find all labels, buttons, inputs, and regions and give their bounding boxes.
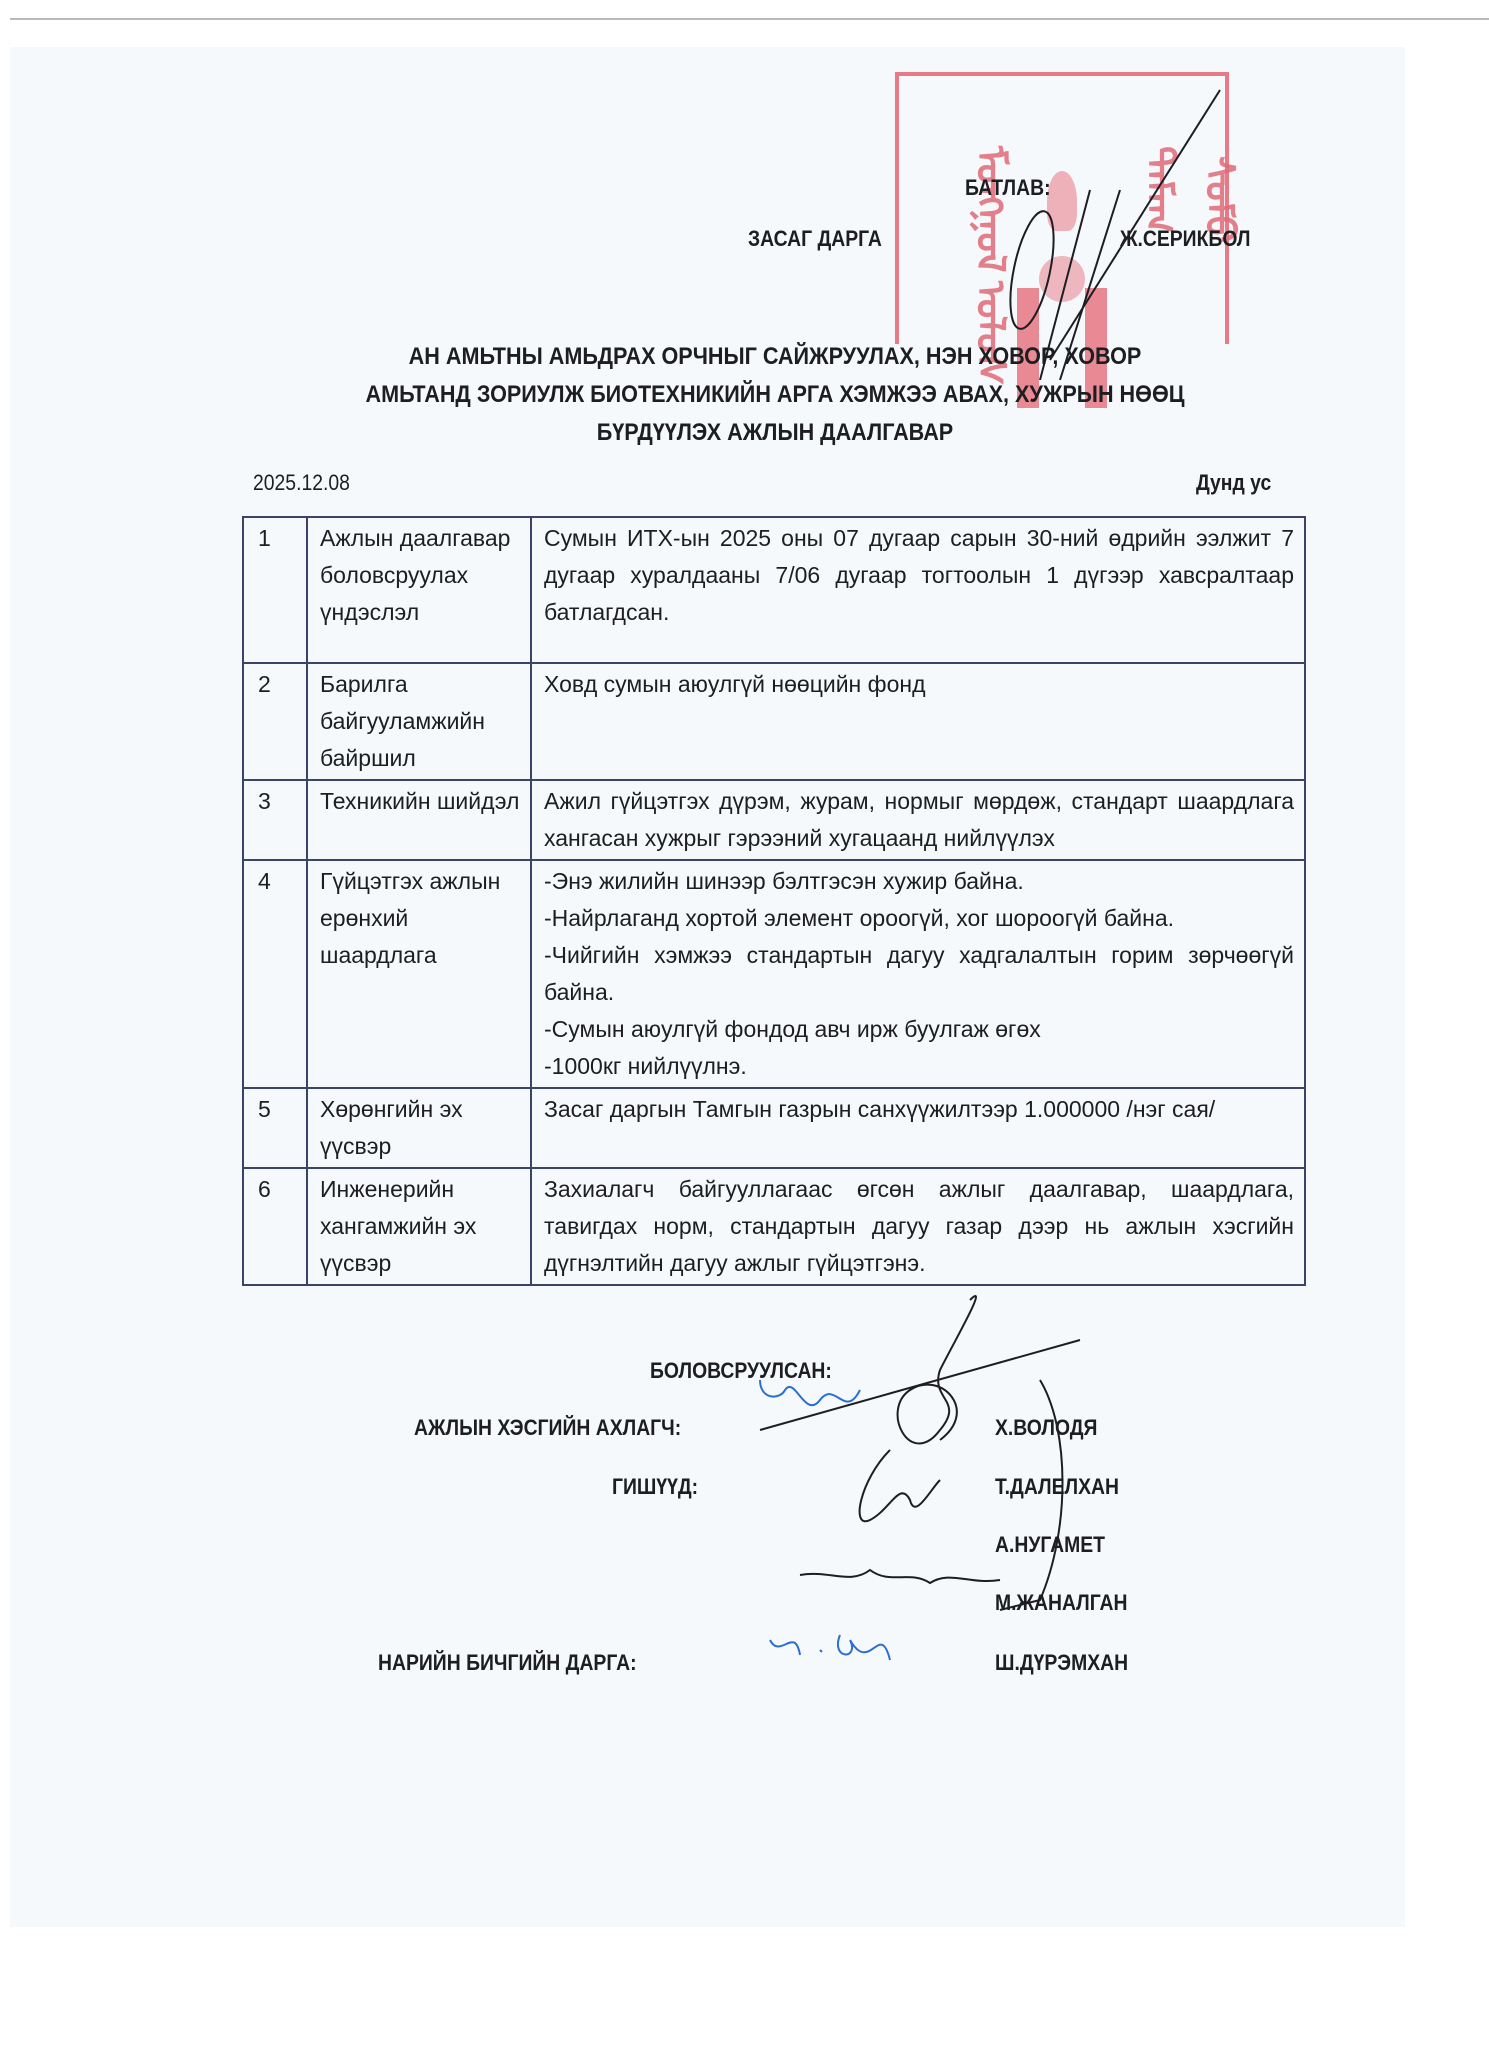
row-label: Ажлын даалгавар боловсруулах үндэслэл <box>307 517 531 663</box>
row-value: -Энэ жилийн шинээр бэлтгэсэн хужир байна… <box>531 860 1305 1088</box>
document-title-line3: БҮРДҮҮЛЭХ АЖЛЫН ДААЛГАВАР <box>285 414 1266 452</box>
row-number: 5 <box>243 1088 307 1168</box>
member-name: Т.ДАЛЕЛХАН <box>995 1474 1119 1500</box>
row-number: 2 <box>243 663 307 780</box>
leader-name: Х.ВОЛОДЯ <box>995 1415 1097 1441</box>
document-date: 2025.12.08 <box>253 470 350 496</box>
member-name: А.НУГАМЕТ <box>995 1532 1105 1558</box>
task-table: 1 Ажлын даалгавар боловсруулах үндэслэл … <box>242 516 1306 1286</box>
document-title-line2: АМЬТАНД ЗОРИУЛЖ БИОТЕХНИКИЙН АРГА ХЭМЖЭЭ… <box>285 376 1266 414</box>
leader-title: АЖЛЫН ХЭСГИЙН АХЛАГЧ: <box>414 1415 681 1441</box>
document-location: Дунд ус <box>1196 470 1271 496</box>
approved-label: БАТЛАВ: <box>965 175 1051 201</box>
soyombo-flame <box>1047 171 1077 231</box>
row-label: Гүйцэтгэх ажлын ерөнхий шаардлага <box>307 860 531 1088</box>
prepared-label: БОЛОВСРУУЛСАН: <box>650 1358 832 1384</box>
row-number: 1 <box>243 517 307 663</box>
row-value: Засаг даргын Тамгын газрын санхүүжилтээр… <box>531 1088 1305 1168</box>
row-label: Хөрөнгийн эх үүсвэр <box>307 1088 531 1168</box>
members-title: ГИШҮҮД: <box>612 1474 698 1500</box>
mongol-script-text: ᠮᠣᠩᠭᠣᠯ <box>955 146 1025 273</box>
approver-title: ЗАСАГ ДАРГА <box>748 226 882 252</box>
row-value: Захиалагч байгууллагаас өгсөн ажлыг даал… <box>531 1168 1305 1285</box>
row-label: Инженерийн хангамжийн эх үүсвэр <box>307 1168 531 1285</box>
requirement-line: -Чийгийн хэмжээ стандартын дагуу хадгала… <box>544 937 1294 1011</box>
row-value: Ховд сумын аюулгүй нөөцийн фонд <box>531 663 1305 780</box>
table-row: 5 Хөрөнгийн эх үүсвэр Засаг даргын Тамгы… <box>243 1088 1305 1168</box>
row-label: Барилга байгууламжийн байршил <box>307 663 531 780</box>
row-label: Техникийн шийдэл <box>307 780 531 860</box>
table-row: 6 Инженерийн хангамжийн эх үүсвэр Захиал… <box>243 1168 1305 1285</box>
secretary-title: НАРИЙН БИЧГИЙН ДАРГА: <box>378 1650 637 1676</box>
table-row: 3 Техникийн шийдэл Ажил гүйцэтгэх дүрэм,… <box>243 780 1305 860</box>
row-value: Ажил гүйцэтгэх дүрэм, журам, нормыг мөрд… <box>531 780 1305 860</box>
row-number: 4 <box>243 860 307 1088</box>
row-number: 6 <box>243 1168 307 1285</box>
document-title-line1: АН АМЬТНЫ АМЬДРАХ ОРЧНЫГ САЙЖРУУЛАХ, НЭН… <box>285 338 1266 376</box>
page-top-divider <box>10 18 1489 20</box>
table-row: 2 Барилга байгууламжийн байршил Ховд сум… <box>243 663 1305 780</box>
approver-name: Ж.СЕРИКБОЛ <box>1120 226 1251 252</box>
requirement-line: -Найрлаганд хортой элемент ороогүй, хог … <box>544 900 1294 937</box>
requirement-line: -Энэ жилийн шинээр бэлтгэсэн хужир байна… <box>544 863 1294 900</box>
row-number: 3 <box>243 780 307 860</box>
official-stamp: ᠮᠣᠩᠭᠣᠯ ᠤᠯᠤᠰ ᠲᠠᠮᠠᠭ ᠰᠤᠮᠤ <box>895 72 1229 344</box>
table-row: 4 Гүйцэтгэх ажлын ерөнхий шаардлага -Энэ… <box>243 860 1305 1088</box>
secretary-name: Ш.ДҮРЭМХАН <box>995 1650 1128 1676</box>
soyombo-sun <box>1039 256 1085 302</box>
row-value: Сумын ИТХ-ын 2025 оны 07 дугаар сарын 30… <box>531 517 1305 663</box>
requirement-line: -1000кг нийлүүлнэ. <box>544 1048 1294 1085</box>
requirement-line: -Сумын аюулгүй фондод авч ирж буулгаж өг… <box>544 1011 1294 1048</box>
table-row: 1 Ажлын даалгавар боловсруулах үндэслэл … <box>243 517 1305 663</box>
member-name: М.ЖАНАЛГАН <box>995 1590 1127 1616</box>
